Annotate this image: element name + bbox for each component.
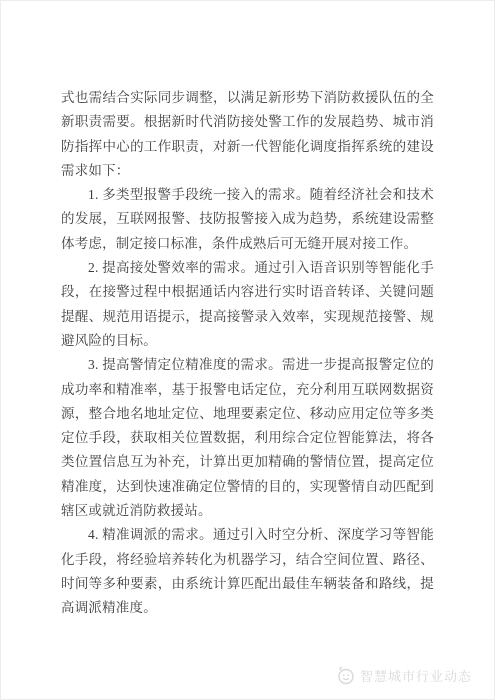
text-line-item-2: 2. 提高接处警效率的需求。通过引入语音识别等智能化手 (61, 256, 434, 280)
text-line: 辖区或就近消防救援站。 (61, 499, 434, 523)
text-line-item-1: 1. 多类型报警手段统一接入的需求。随着经济社会和技术 (61, 183, 434, 207)
text-line: 避风险的目标。 (61, 329, 434, 353)
text-line-item-3: 3. 提高警情定位精准度的需求。需进一步提高报警定位的 (61, 353, 434, 377)
text-line: 防指挥中心的工作职责，对新一代智能化调度指挥系统的建设 (61, 135, 434, 159)
text-line: 提醒、规范用语提示，提高接警录入效率，实现规范接警、规 (61, 305, 434, 329)
smiley-face-logo-icon (336, 666, 355, 685)
text-line-item-4: 4. 精准调派的需求。通过引入时空分析、深度学习等智能 (61, 523, 434, 547)
text-line: 体考虑，制定接口标准，条件成熟后可无缝开展对接工作。 (61, 232, 434, 256)
text-line: 化手段，将经验培养转化为机器学习，结合空间位置、路径、 (61, 548, 434, 572)
document-text-block: 式也需结合实际同步调整，以满足新形势下消防救援队伍的全 新职责需要。根据新时代消… (61, 86, 434, 621)
text-line: 定位手段，获取相关位置数据，利用综合定位智能算法，将各 (61, 426, 434, 450)
text-line: 高调派精准度。 (61, 596, 434, 620)
document-page: 式也需结合实际同步调整，以满足新形势下消防救援队伍的全 新职责需要。根据新时代消… (0, 0, 495, 700)
text-line: 段，在接警过程中根据通话内容进行实时语音转译、关键问题 (61, 280, 434, 304)
text-line: 新职责需要。根据新时代消防接处警工作的发展趋势、城市消 (61, 110, 434, 134)
watermark-text: 智慧城市行业动态 (360, 666, 472, 685)
text-line: 源，整合地名地址定位、地理要素定位、移动应用定位等多类 (61, 402, 434, 426)
text-line: 时间等多种要素，由系统计算匹配出最佳车辆装备和路线，提 (61, 572, 434, 596)
text-line: 式也需结合实际同步调整，以满足新形势下消防救援队伍的全 (61, 86, 434, 110)
text-line: 需求如下： (61, 159, 434, 183)
text-line: 成功率和精准率，基于报警电话定位，充分利用互联网数据资 (61, 378, 434, 402)
text-line: 精准度，达到快速准确定位警情的目的，实现警情自动匹配到 (61, 475, 434, 499)
text-line: 的发展，互联网报警、技防报警接入成为趋势，系统建设需整 (61, 207, 434, 231)
text-line: 类位置信息互为补充，计算出更加精确的警情位置，提高定位 (61, 450, 434, 474)
watermark: 智慧城市行业动态 (336, 666, 472, 685)
